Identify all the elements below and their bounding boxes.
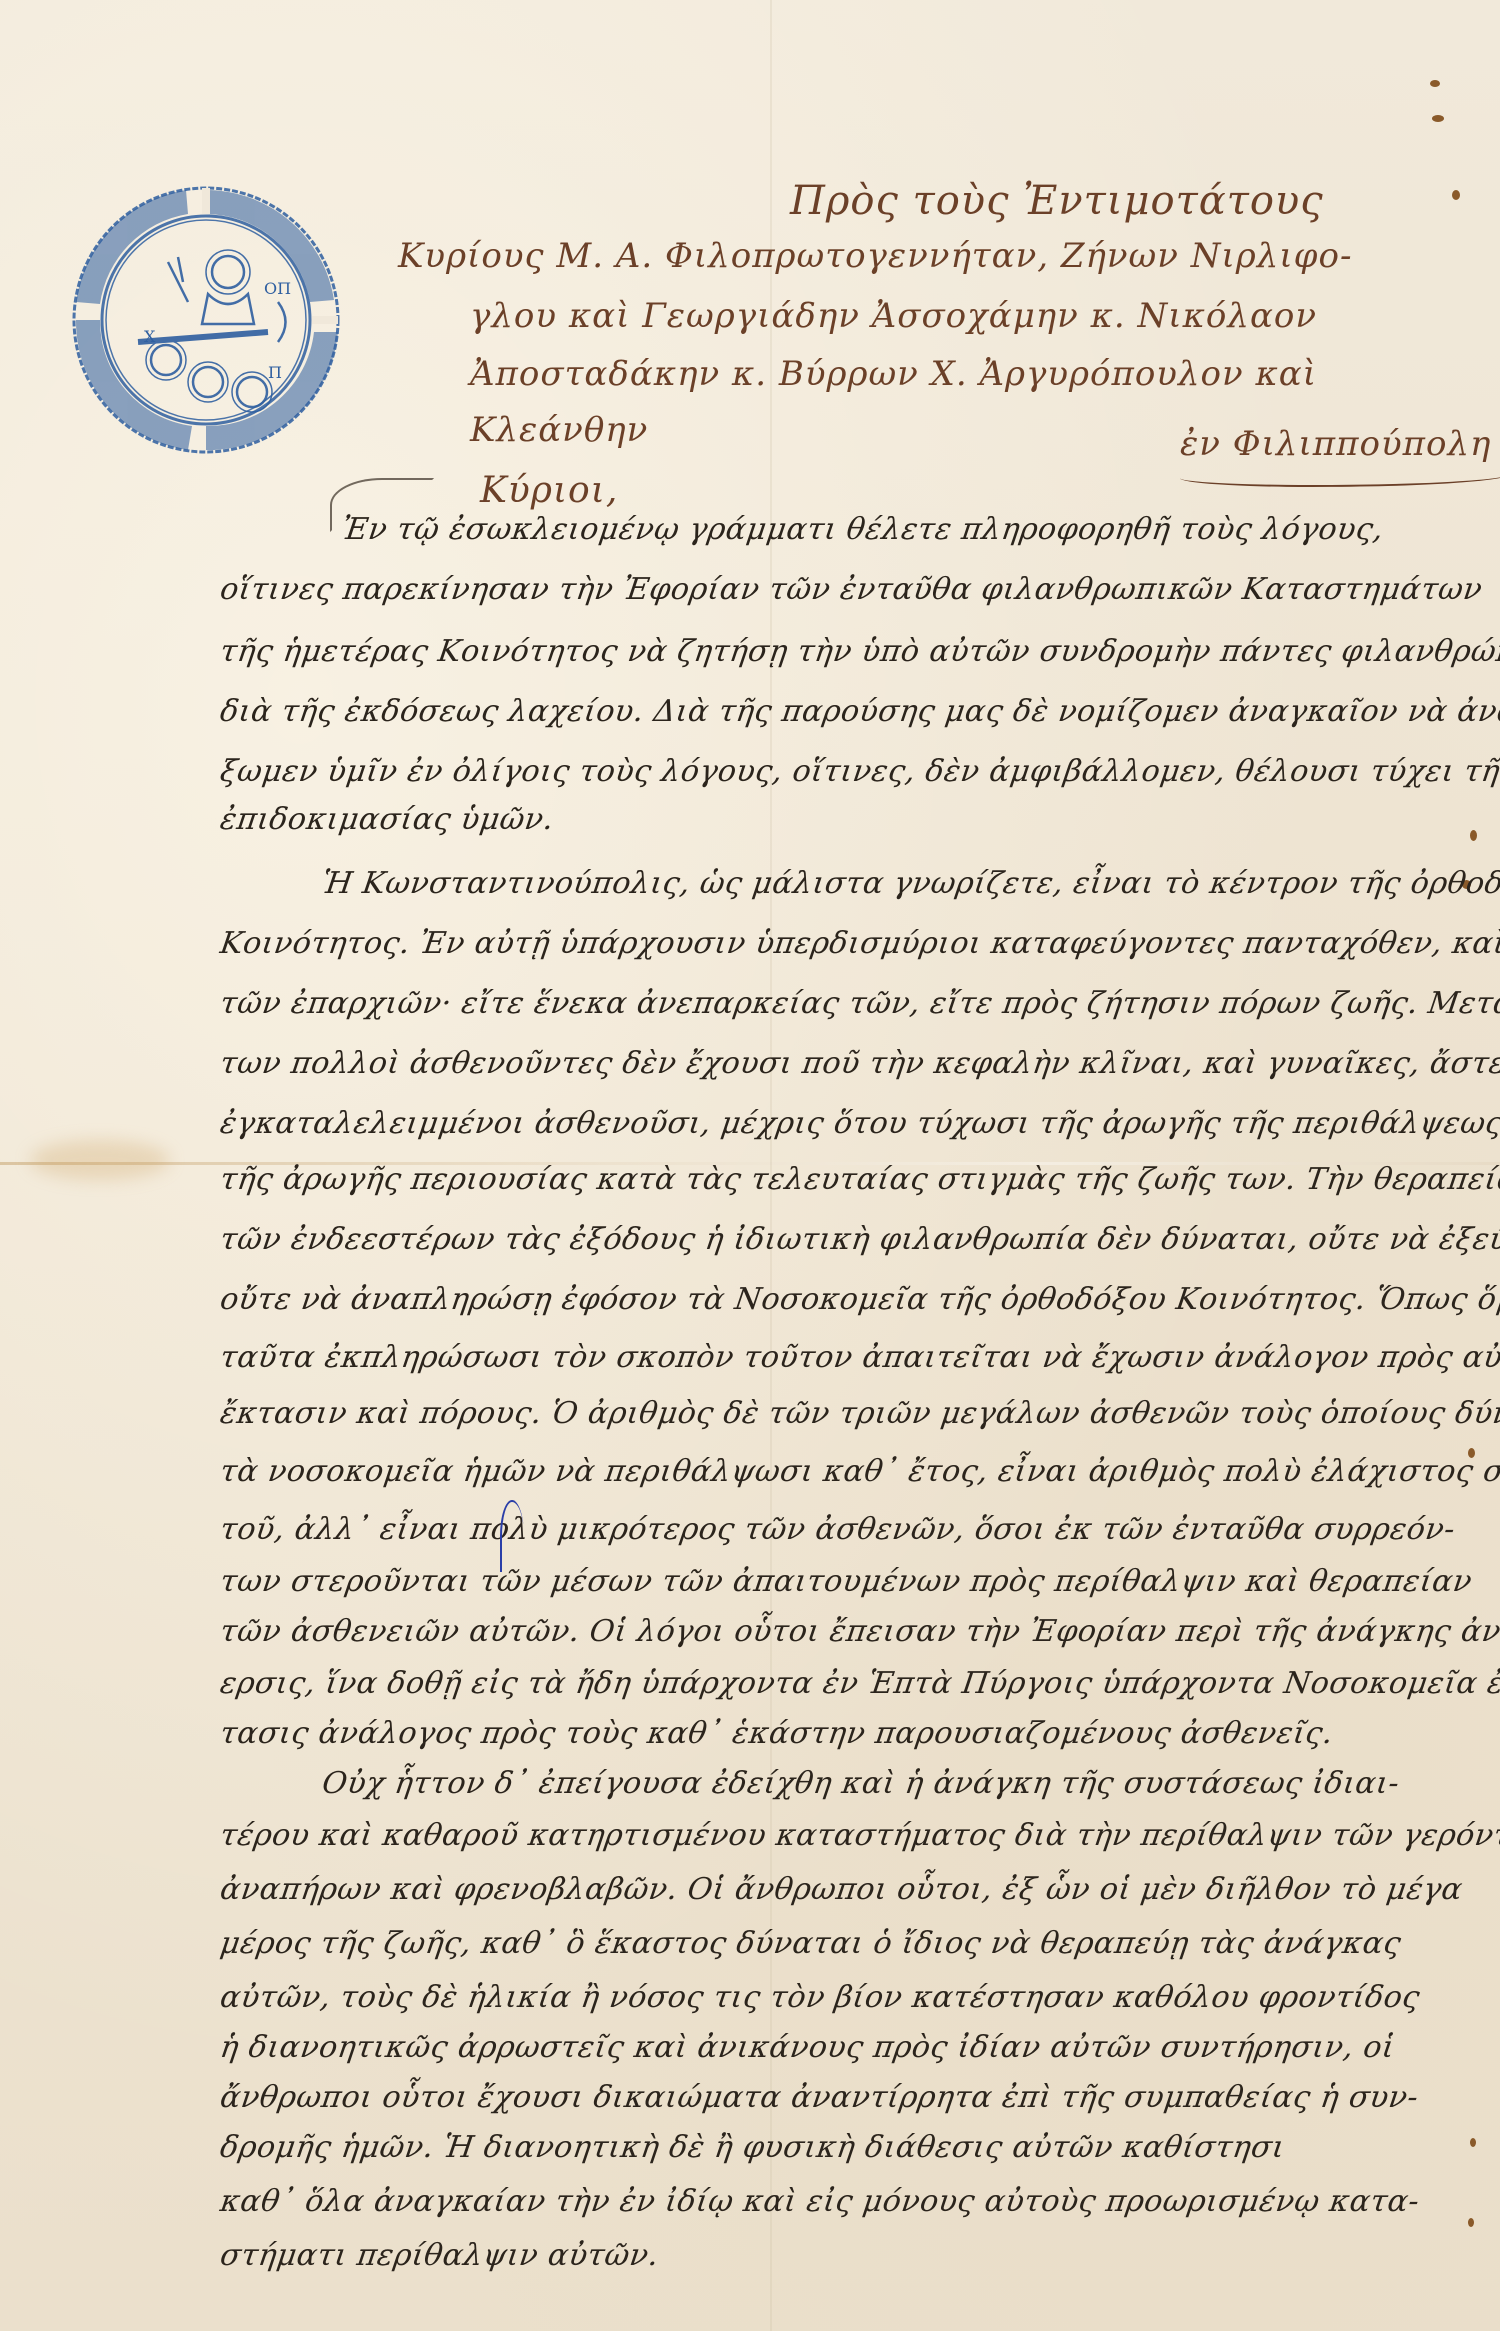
svg-text:ΟΠ: ΟΠ	[264, 279, 291, 298]
ink-spot	[1430, 80, 1440, 87]
body-line: Ἡ Κωνσταντινούπολις, ὡς μάλιστα γνωρίζετ…	[320, 866, 1500, 901]
body-line: τέρου καὶ καθαροῦ κατηρτισμένου καταστήμ…	[218, 1818, 1500, 1853]
address-line: Κυρίους Μ. Α. Φιλοπρωτογεννήταν, Ζήνων Ν…	[398, 236, 1352, 276]
address-line-location: ἐν Φιλιππούπολη	[1180, 424, 1491, 464]
ink-spot	[1470, 830, 1477, 841]
body-line: τὰ νοσοκομεῖα ἡμῶν νὰ περιθάλψωσι καθ᾽ ἔ…	[218, 1454, 1500, 1489]
body-line: των στεροῦνται τῶν μέσων τῶν ἀπαιτουμένω…	[218, 1564, 1474, 1599]
blue-pencil-correction-mark	[500, 1500, 524, 1572]
ink-spot	[1432, 115, 1444, 122]
body-line: οὔτε νὰ ἀναπληρώσῃ ἐφόσον τὰ Νοσοκομεῖα …	[218, 1282, 1500, 1317]
body-line: ταῦτα ἐκπληρώσωσι τὸν σκοπὸν τοῦτον ἀπαι…	[218, 1340, 1500, 1375]
svg-text:Π: Π	[268, 363, 282, 382]
body-line: ἐγκαταλελειμμένοι ἀσθενοῦσι, μέχρις ὅτου…	[218, 1106, 1500, 1141]
body-line: Κοινότητος. Ἐν αὐτῇ ὑπάρχουσιν ὑπερδισμύ…	[218, 926, 1500, 961]
body-line: Ἐν τῷ ἐσωκλειομένῳ γράμματι θέλετε πληρο…	[340, 512, 1386, 547]
body-line: ἡ διανοητικῶς ἀρρωστεῖς καὶ ἀνικάνους πρ…	[218, 2030, 1397, 2065]
body-line: διὰ τῆς ἐκδόσεως λαχείου. Διὰ τῆς παρούσ…	[218, 694, 1500, 729]
body-line: ἔκτασιν καὶ πόρους. Ὁ ἀριθμὸς δὲ τῶν τρι…	[218, 1396, 1500, 1431]
ink-spot	[1452, 190, 1460, 200]
body-line: καθ᾽ ὅλα ἀναγκαίαν τὴν ἐν ἰδίῳ καὶ εἰς μ…	[218, 2184, 1422, 2219]
body-line: στήματι περίθαλψιν αὐτῶν.	[218, 2238, 661, 2273]
body-line: δρομῆς ἡμῶν. Ἡ διανοητικὴ δὲ ἢ φυσικὴ δι…	[218, 2130, 1287, 2165]
body-line: τοῦ, ἀλλ᾽ εἶναι πολὺ μικρότερος τῶν ἀσθε…	[218, 1512, 1457, 1547]
address-line: Κλεάνθην	[470, 410, 648, 450]
body-line: ξωμεν ὑμῖν ἐν ὀλίγοις τοὺς λόγους, οἵτιν…	[218, 754, 1500, 789]
location-underline	[1180, 465, 1500, 487]
body-line: μέρος τῆς ζωῆς, καθ᾽ ὃ ἕκαστος δύναται ὁ…	[218, 1926, 1403, 1961]
body-line: οἵτινες παρεκίνησαν τὴν Ἐφορίαν τῶν ἐντα…	[218, 572, 1485, 607]
svg-text:Χ: Χ	[144, 327, 156, 346]
body-line: ἄνθρωποι οὗτοι ἔχουσι δικαιώματα ἀναντίρ…	[218, 2080, 1421, 2115]
address-line: Πρὸς τοὺς Ἐντιμοτάτους	[790, 178, 1324, 224]
paper-stain	[30, 1140, 170, 1180]
blue-ink-seal: Χ ΟΠ Π	[68, 182, 344, 458]
body-line: Οὐχ ἧττον δ᾽ ἐπείγουσα ἐδείχθη καὶ ἡ ἀνά…	[320, 1766, 1402, 1801]
address-line: Ἀποσταδάκην κ. Βύρρων Χ. Ἀργυρόπουλον κα…	[470, 354, 1317, 394]
body-line: αὐτῶν, τοὺς δὲ ἡλικία ἢ νόσος τις τὸν βί…	[218, 1980, 1422, 2015]
body-line: τῶν ἀσθενειῶν αὐτῶν. Οἱ λόγοι οὗτοι ἔπει…	[218, 1614, 1500, 1649]
seal-emblem-icon: Χ ΟΠ Π	[68, 182, 344, 458]
body-line: ἐπιδοκιμασίας ὑμῶν.	[218, 802, 556, 837]
salutation: Κύριοι,	[480, 470, 618, 511]
body-line: ερσις, ἵνα δοθῇ εἰς τὰ ἤδη ὑπάρχοντα ἐν …	[218, 1666, 1500, 1701]
ink-spot	[1470, 2138, 1476, 2147]
body-line: των πολλοὶ ἀσθενοῦντες δὲν ἔχουσι ποῦ τὴ…	[218, 1046, 1500, 1081]
ink-spot	[1468, 2218, 1474, 2227]
body-line: τῆς ἡμετέρας Κοινότητος νὰ ζητήσῃ τὴν ὑπ…	[218, 634, 1500, 669]
body-line: τῶν ἐπαρχιῶν· εἴτε ἕνεκα ἀνεπαρκείας τῶν…	[218, 986, 1500, 1021]
body-line: τῶν ἐνδεεστέρων τὰς ἐξόδους ἡ ἰδιωτικὴ φ…	[218, 1222, 1500, 1257]
letter-page: Χ ΟΠ Π Πρὸς τοὺς Ἐντιμοτάτους Κυρίους Μ.…	[0, 0, 1500, 2331]
body-line: ἀναπήρων καὶ φρενοβλαβῶν. Οἱ ἄνθρωποι οὗ…	[218, 1872, 1465, 1907]
body-line: τασις ἀνάλογος πρὸς τοὺς καθ᾽ ἑκάστην πα…	[218, 1716, 1335, 1751]
body-line: τῆς ἀρωγῆς περιουσίας κατὰ τὰς τελευταία…	[218, 1162, 1500, 1197]
address-line: γλου καὶ Γεωργιάδην Ἀσσοχάμην κ. Νικόλαο…	[470, 296, 1317, 336]
